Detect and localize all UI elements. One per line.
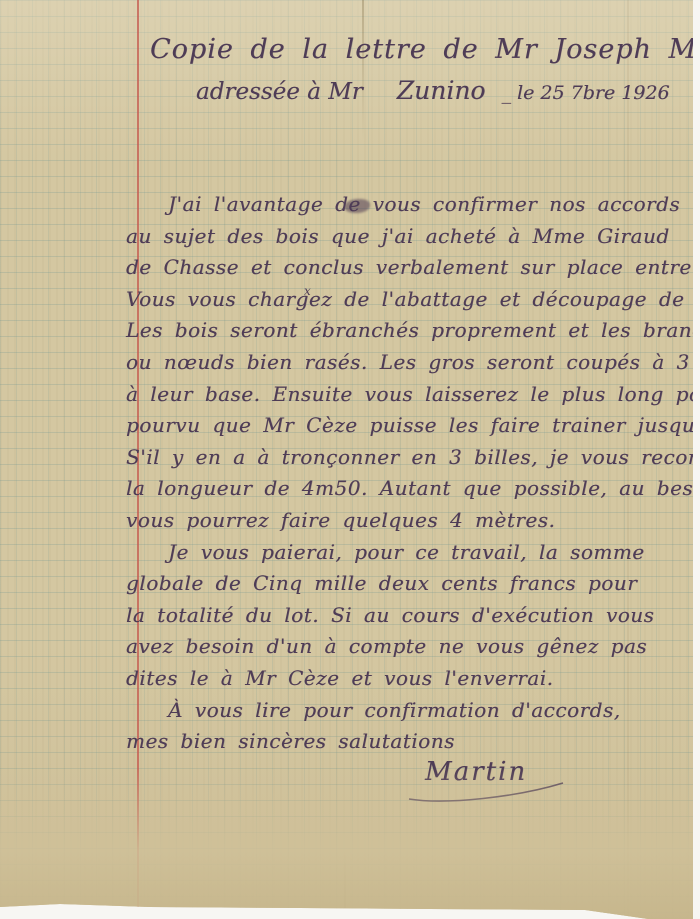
signature-flourish-icon xyxy=(407,775,567,805)
body-line: ou nœuds bien rasés. Les gros seront cou… xyxy=(126,347,693,379)
body-line: au sujet des bois que j'ai acheté à Mme … xyxy=(126,221,693,253)
letter-subtitle: adressée à MrZunino_ le 25 7bre 1926 xyxy=(196,76,670,105)
letter-page: Copie de la lettre de Mr Joseph Martin a… xyxy=(0,0,693,919)
addressee-name: Zunino xyxy=(397,76,486,105)
body-line: Vous vous chargez de l'abattage et décou… xyxy=(126,284,693,316)
body-line: J'ai l'avantage de vous confirmer nos ac… xyxy=(126,189,693,221)
letter-title: Copie de la lettre de Mr Joseph Martin xyxy=(150,34,670,65)
addressee-prefix: adressée à Mr xyxy=(196,79,363,105)
body-line: Je vous paierai, pour ce travail, la som… xyxy=(126,537,693,569)
body-line: Les bois seront ébranchés proprement et … xyxy=(126,315,693,347)
body-line: globale de Cinq mille deux cents francs … xyxy=(126,568,693,600)
body-line: la longueur de 4m50. Autant que possible… xyxy=(126,473,693,505)
body-line: À vous lire pour confirmation d'accords, xyxy=(126,695,693,727)
scanned-letter-screenshot: { "letter": { "header": { "title_line": … xyxy=(0,0,700,919)
letter-date: _ le 25 7bre 1926 xyxy=(501,82,669,104)
body-line: avez besoin d'un à compte ne vous gênez … xyxy=(126,631,693,663)
paper-crease-top xyxy=(362,0,364,140)
body-line: mes bien sincères salutations xyxy=(126,726,693,758)
paper-bottom-fade xyxy=(0,769,693,919)
body-line: vous pourrez faire quelques 4 mètres. xyxy=(126,505,693,537)
signature-block: Martin xyxy=(425,757,527,787)
body-line: à leur base. Ensuite vous laisserez le p… xyxy=(126,379,693,411)
body-line: la totalité du lot. Si au cours d'exécut… xyxy=(126,600,693,632)
letter-body: J'ai l'avantage de vous confirmer nos ac… xyxy=(126,189,693,758)
paper-crease-bottom xyxy=(344,850,346,908)
body-line: de Chasse et conclus verbalement sur pla… xyxy=(126,252,693,284)
body-line: dites le à Mr Cèze et vous l'enverrai. xyxy=(126,663,693,695)
body-line: pourvu que Mr Cèze puisse les faire trai… xyxy=(126,410,693,442)
body-line: S'il y en a à tronçonner en 3 billes, je… xyxy=(126,442,693,474)
